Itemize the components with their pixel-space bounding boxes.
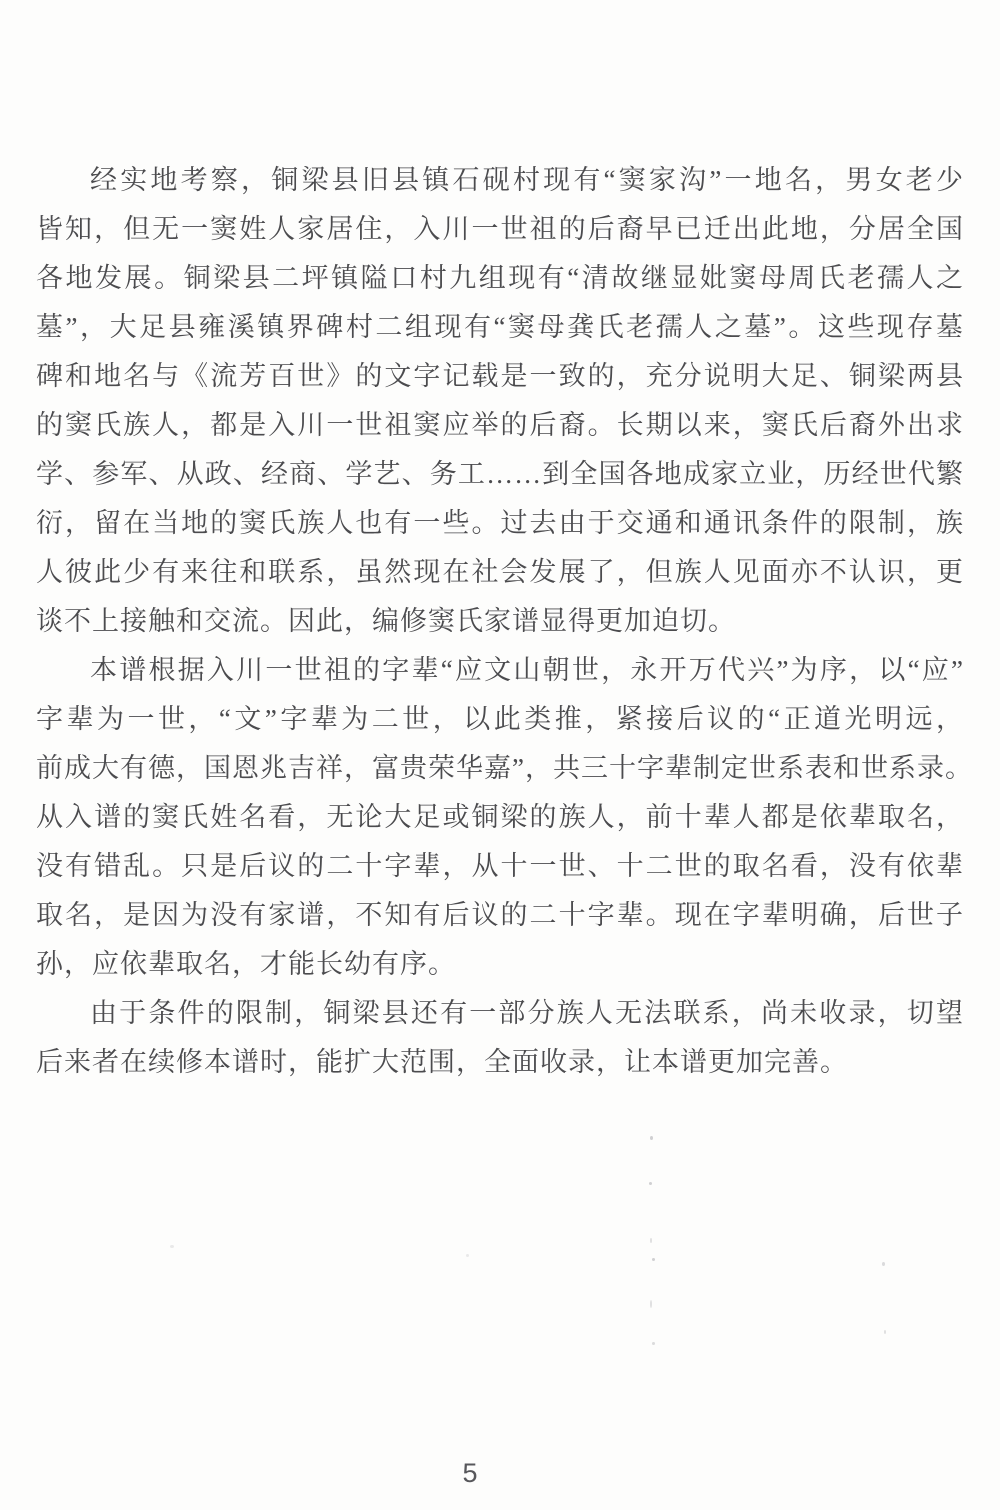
- scan-artifact: [652, 1258, 655, 1261]
- text-block: 经实地考察，铜梁县旧县镇石砚村现有“窦家沟”一地名，男女老少 皆知，但无一窦姓人…: [36, 156, 964, 1087]
- scan-artifact: [650, 1300, 652, 1308]
- text-line: 字辈为一世，“文”字辈为二世，以此类推，紧接后议的“正道光明远，: [36, 695, 964, 744]
- paragraph: 经实地考察，铜梁县旧县镇石砚村现有“窦家沟”一地名，男女老少 皆知，但无一窦姓人…: [36, 156, 964, 646]
- scan-artifact: [652, 1342, 655, 1345]
- scan-artifact: [466, 1254, 469, 1257]
- text-line: 前成大有德，国恩兆吉祥，富贵荣华嘉”，共三十字辈制定世系表和世系录。: [36, 744, 964, 793]
- text-line: 学、参军、从政、经商、学艺、务工……到全国各地成家立业，历经世代繁: [36, 450, 964, 499]
- text-line: 孙，应依辈取名，才能长幼有序。: [36, 940, 964, 989]
- text-line: 由于条件的限制，铜梁县还有一部分族人无法联系，尚未收录，切望: [36, 989, 964, 1038]
- scan-artifact: [650, 1238, 652, 1243]
- document-page: 经实地考察，铜梁县旧县镇石砚村现有“窦家沟”一地名，男女老少 皆知，但无一窦姓人…: [0, 0, 1000, 1510]
- text-line: 碑和地名与《流芳百世》的文字记载是一致的，充分说明大足、铜梁两县: [36, 352, 964, 401]
- scan-artifact: [170, 1245, 174, 1248]
- text-line: 墓”，大足县雍溪镇界碑村二组现有“窦母龚氏老孺人之墓”。这些现存墓: [36, 303, 964, 352]
- page-number: 5: [440, 1458, 500, 1489]
- text-line: 后来者在续修本谱时，能扩大范围，全面收录，让本谱更加完善。: [36, 1038, 964, 1087]
- text-line: 的窦氏族人，都是入川一世祖窦应举的后裔。长期以来，窦氏后裔外出求: [36, 401, 964, 450]
- text-line: 取名，是因为没有家谱，不知有后议的二十字辈。现在字辈明确，后世子: [36, 891, 964, 940]
- text-line: 人彼此少有来往和联系，虽然现在社会发展了，但族人见面亦不认识，更: [36, 548, 964, 597]
- text-line: 衍，留在当地的窦氏族人也有一些。过去由于交通和通讯条件的限制，族: [36, 499, 964, 548]
- text-line: 各地发展。铜梁县二坪镇隘口村九组现有“清故继显妣窦母周氏老孺人之: [36, 254, 964, 303]
- scan-artifact: [650, 1136, 653, 1140]
- scan-artifact: [884, 1330, 886, 1334]
- text-line: 皆知，但无一窦姓人家居住，入川一世祖的后裔早已迁出此地，分居全国: [36, 205, 964, 254]
- text-line: 本谱根据入川一世祖的字辈“应文山朝世，永开万代兴”为序，以“应”: [36, 646, 964, 695]
- paragraph: 由于条件的限制，铜梁县还有一部分族人无法联系，尚未收录，切望 后来者在续修本谱时…: [36, 989, 964, 1087]
- paragraph: 本谱根据入川一世祖的字辈“应文山朝世，永开万代兴”为序，以“应” 字辈为一世，“…: [36, 646, 964, 989]
- text-line: 谈不上接触和交流。因此，编修窦氏家谱显得更加迫切。: [36, 597, 964, 646]
- scan-artifact: [649, 1182, 652, 1185]
- text-line: 从入谱的窦氏姓名看，无论大足或铜梁的族人，前十辈人都是依辈取名，: [36, 793, 964, 842]
- scan-artifact: [882, 1262, 885, 1266]
- text-line: 没有错乱。只是后议的二十字辈，从十一世、十二世的取名看，没有依辈: [36, 842, 964, 891]
- text-line: 经实地考察，铜梁县旧县镇石砚村现有“窦家沟”一地名，男女老少: [36, 156, 964, 205]
